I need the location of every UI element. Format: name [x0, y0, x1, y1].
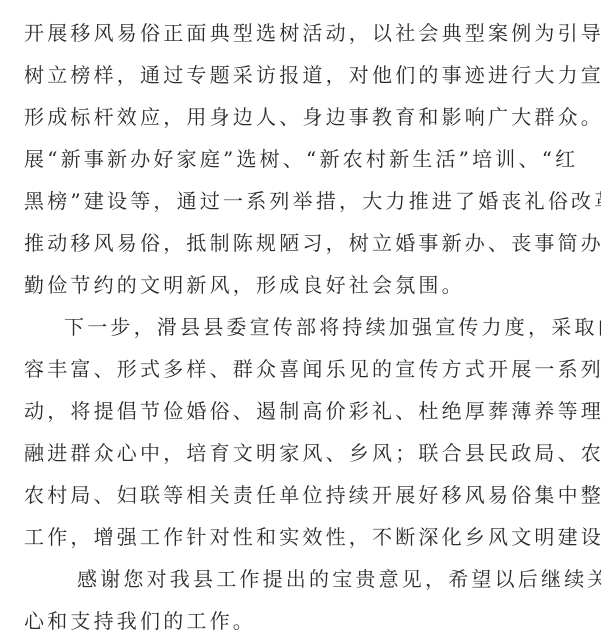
text-line: 动，将提倡节俭婚俗、遏制高价彩礼、杜绝厚葬薄养等理念: [24, 390, 584, 432]
text-line: 感谢您对我县工作提出的宝贵意见，希望以后继续关: [24, 558, 584, 600]
document-body: 开展移风易俗正面典型选树活动，以社会典型案例为引导， 树立榜样，通过专题采访报道…: [24, 12, 584, 641]
text-line: 心和支持我们的工作。: [24, 600, 584, 641]
text-line: 树立榜样，通过专题采访报道，对他们的事迹进行大力宣传，: [24, 54, 584, 96]
text-line: 容丰富、形式多样、群众喜闻乐见的宣传方式开展一系列活: [24, 348, 584, 390]
paragraph-1: 开展移风易俗正面典型选树活动，以社会典型案例为引导， 树立榜样，通过专题采访报道…: [24, 12, 584, 306]
text-line: 形成标杆效应，用身边人、身边事教育和影响广大群众。开: [24, 96, 584, 138]
text-line: 工作，增强工作针对性和实效性，不断深化乡风文明建设。: [24, 516, 584, 558]
text-line: 展“新事新办好家庭”选树、“新农村新生活”培训、“红: [24, 138, 584, 180]
paragraph-3: 感谢您对我县工作提出的宝贵意见，希望以后继续关 心和支持我们的工作。: [24, 558, 584, 641]
text-line: 下一步，滑县县委宣传部将持续加强宣传力度，采取内: [24, 306, 584, 348]
text-line: 农村局、妇联等相关责任单位持续开展好移风易俗集中整治: [24, 474, 584, 516]
text-line: 融进群众心中，培育文明家风、乡风；联合县民政局、农业: [24, 432, 584, 474]
text-line: 开展移风易俗正面典型选树活动，以社会典型案例为引导，: [24, 12, 584, 54]
text-line: 推动移风易俗，抵制陈规陋习，树立婚事新办、丧事简办、: [24, 222, 584, 264]
text-line: 勤俭节约的文明新风，形成良好社会氛围。: [24, 264, 584, 306]
text-line: 黑榜”建设等，通过一系列举措，大力推进了婚丧礼俗改革，: [24, 180, 584, 222]
paragraph-2: 下一步，滑县县委宣传部将持续加强宣传力度，采取内 容丰富、形式多样、群众喜闻乐见…: [24, 306, 584, 558]
